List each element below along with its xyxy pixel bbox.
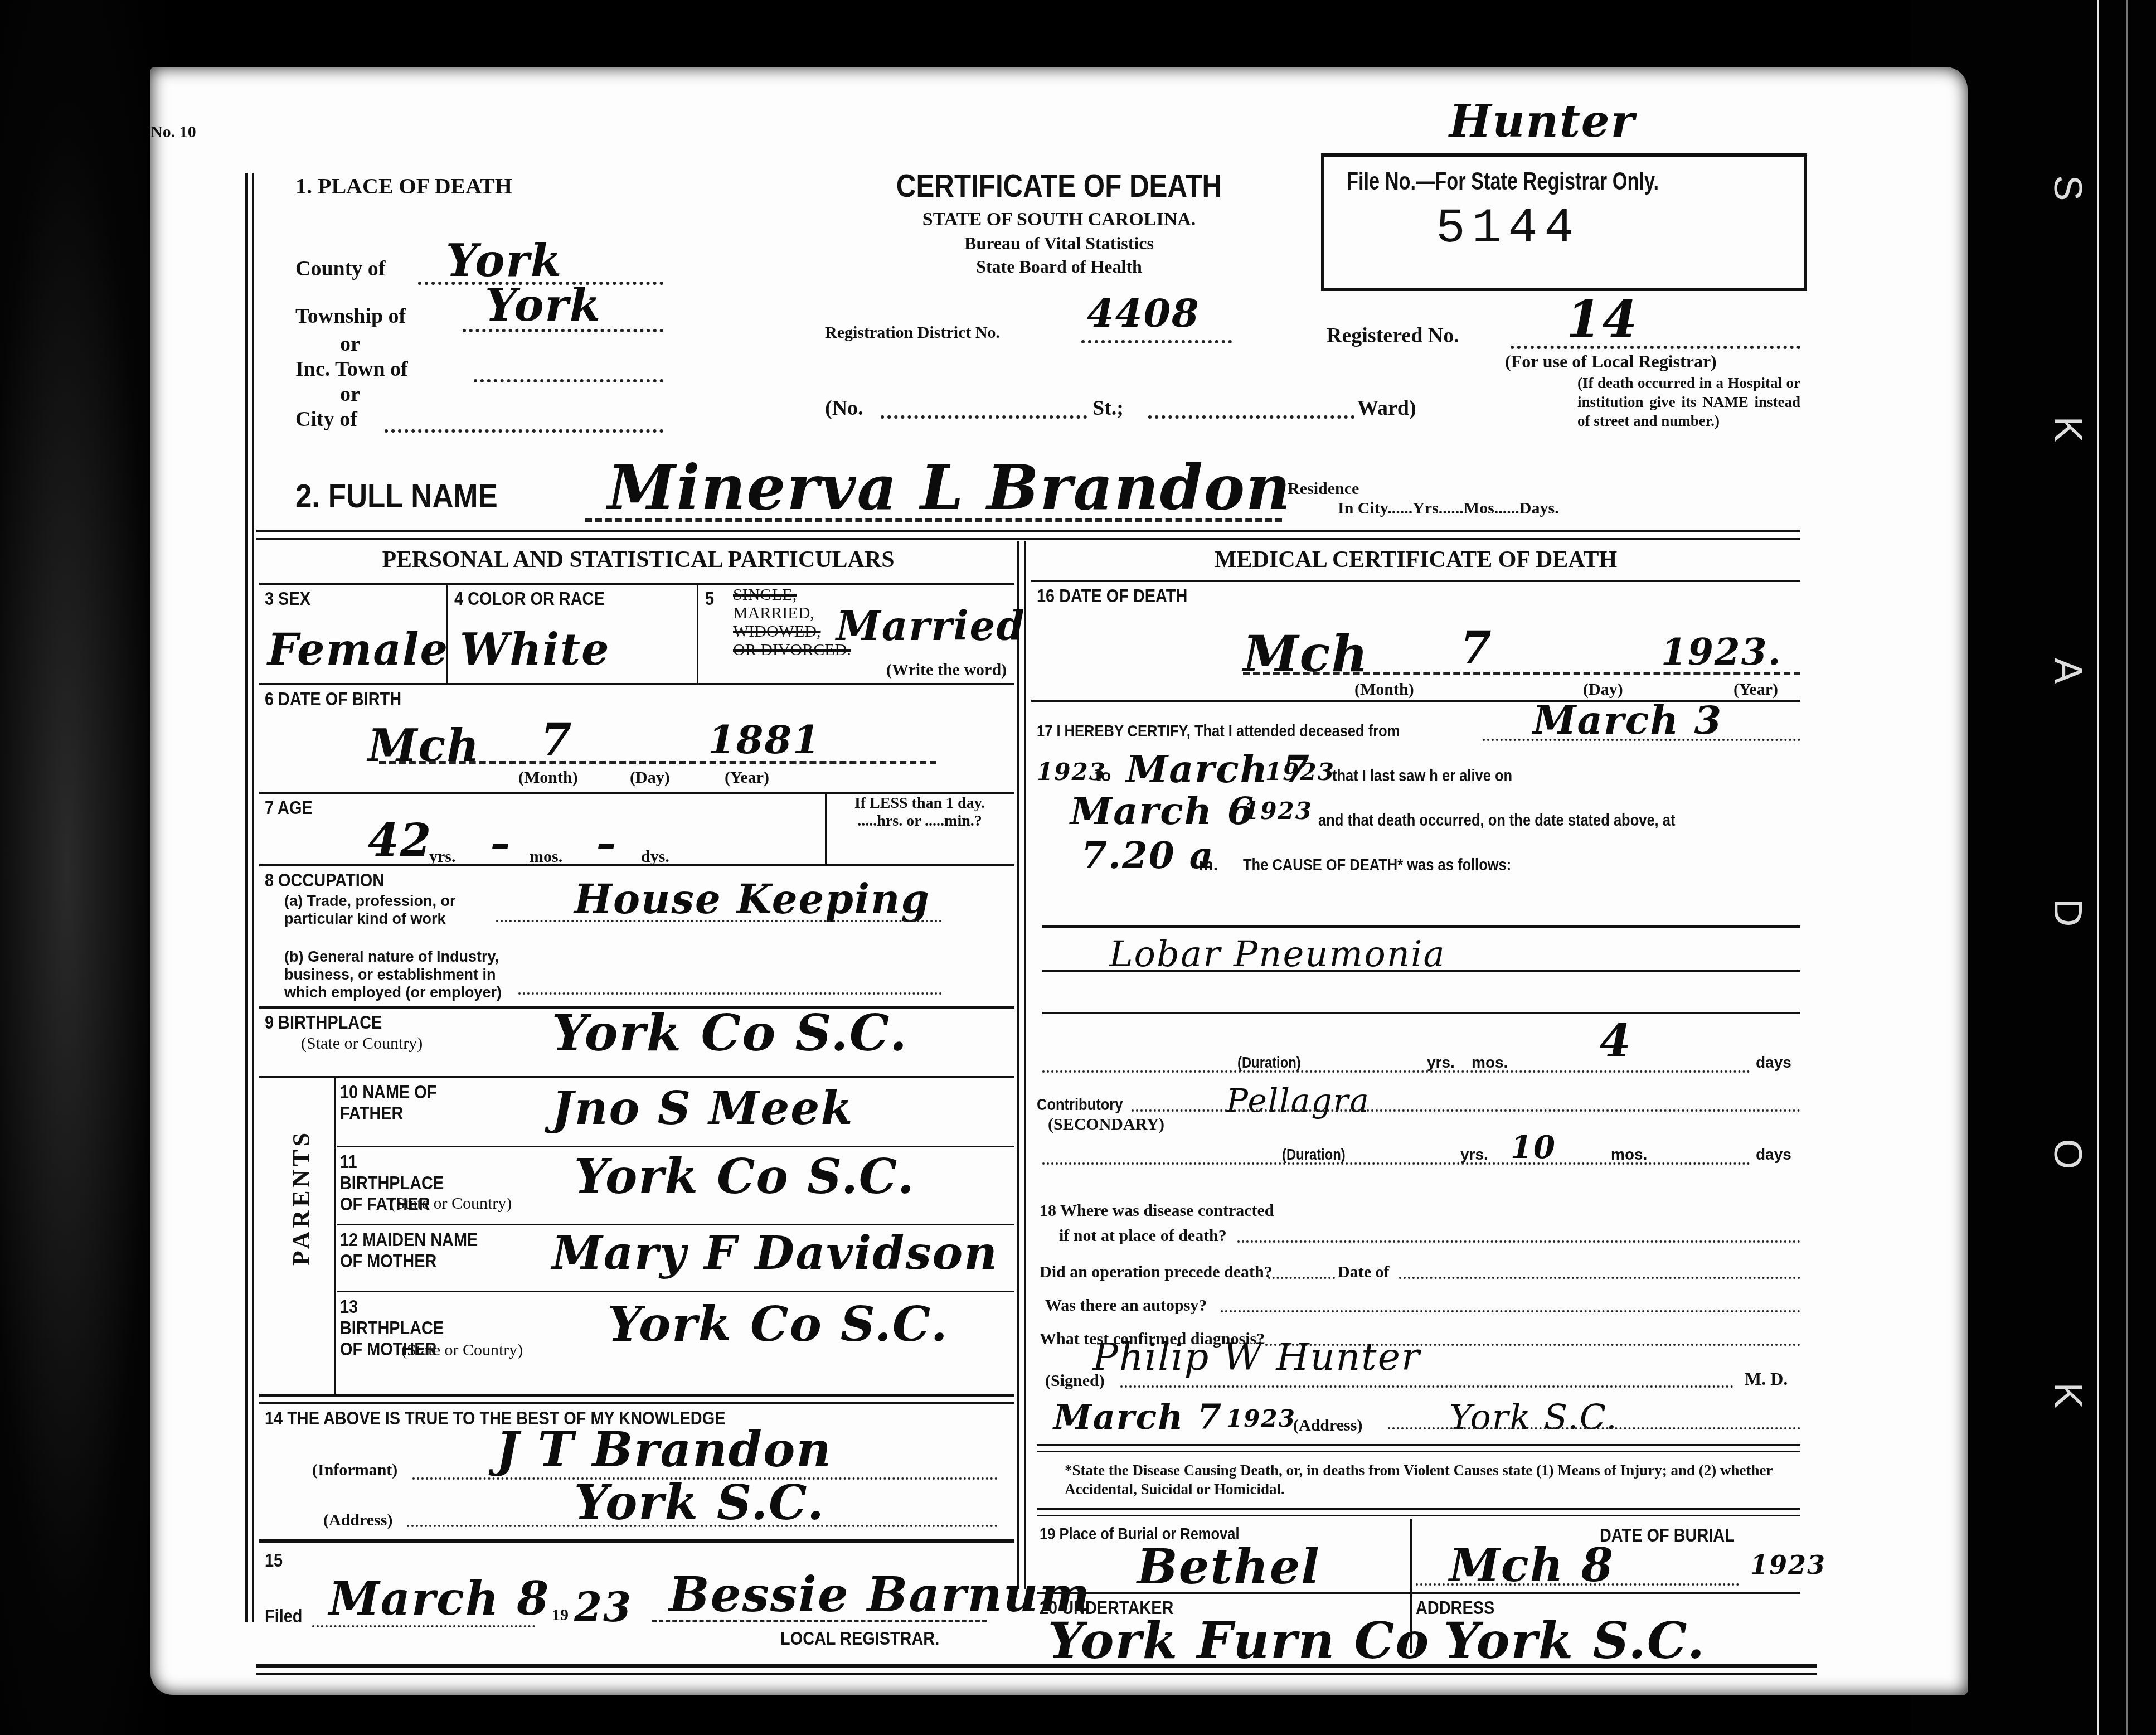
township-field[interactable]: York [485, 279, 601, 331]
informant-field[interactable]: J T Brandon [496, 1422, 832, 1478]
informant-address-label: (Address) [323, 1511, 392, 1530]
reg-district-label: Registration District No. [825, 323, 1000, 342]
full-name-field[interactable]: Minerva L Brandon [608, 452, 1291, 524]
board-name: State Board of Health [819, 256, 1299, 277]
dob-day-field[interactable]: 7 [541, 714, 573, 766]
dod-label: 16 DATE OF DEATH [1037, 585, 1187, 607]
occupation-b-label: (b) General nature of Industry, business… [284, 948, 518, 1001]
operation-date-field[interactable] [1399, 1277, 1800, 1279]
mos-caption: mos. [530, 847, 562, 866]
cause-line [1042, 1012, 1800, 1014]
local-registrar-label: LOCAL REGISTRAR. [780, 1628, 939, 1650]
divider [1037, 1592, 1800, 1594]
marital-option-divorced: OR DIVORCED. [733, 641, 851, 659]
day-caption: (Day) [1583, 680, 1623, 699]
race-label: 4 COLOR OR RACE [454, 588, 605, 610]
undertaker-address-field[interactable]: York S.C. [1444, 1611, 1706, 1670]
ward-field[interactable] [1148, 415, 1354, 419]
last-saw-year-field[interactable]: 1923 [1243, 797, 1313, 825]
secondary-duration-mos-field[interactable]: 10 [1511, 1129, 1556, 1166]
father-birthplace-field[interactable]: York Co S.C. [574, 1148, 915, 1205]
signed-line [1120, 1385, 1733, 1388]
operation-date-label: Date of [1338, 1263, 1389, 1282]
birthplace-label: 9 BIRTHPLACE [265, 1012, 382, 1034]
cell-divider [446, 585, 448, 683]
death-certificate-page: No. 10 Hunter 1. PLACE OF DEATH County o… [150, 67, 1968, 1695]
mos-caption: mos. [1611, 1146, 1647, 1164]
or-label: or [340, 382, 360, 406]
divider [259, 683, 1014, 685]
race-field[interactable]: White [460, 624, 610, 675]
file-box-label: File No.—For State Registrar Only. [1347, 168, 1659, 196]
time-of-death-field[interactable]: 7.20 a [1081, 833, 1215, 877]
cause-footnote: *State the Disease Causing Death, or, in… [1065, 1461, 1789, 1499]
st-label: St.; [1092, 396, 1124, 420]
marital-hint: (Write the word) [886, 661, 1007, 680]
filed-year-prefix: 19 [552, 1606, 569, 1625]
film-edge-line [2126, 0, 2128, 1735]
operation-label: Did an operation precede death? [1040, 1263, 1273, 1282]
registered-no-field[interactable]: 14 [1566, 290, 1638, 349]
signed-date-field[interactable]: March 7 [1053, 1397, 1222, 1437]
mother-birthplace-sub: (State or Country) [401, 1341, 523, 1360]
form-border-left-inner [252, 173, 254, 1622]
contributory-label: Contributory [1037, 1096, 1123, 1114]
last-saw-text: that I last saw h er alive on [1332, 767, 1512, 786]
occupation-a-field[interactable]: House Keeping [574, 875, 930, 923]
autopsy-label: Was there an autopsy? [1045, 1296, 1207, 1315]
sex-field[interactable]: Female [268, 624, 449, 675]
certificate-title: CERTIFICATE OF DEATH [856, 167, 1263, 205]
signed-year-field[interactable]: 1923 [1226, 1405, 1296, 1432]
filed-date-line [312, 1625, 535, 1627]
attended-from-field[interactable]: March 3 [1533, 697, 1722, 743]
film-edge-line [2097, 0, 2099, 1735]
occupation-a-label: (a) Trade, profession, or particular kin… [284, 892, 485, 928]
file-number-box: File No.—For State Registrar Only. 5144 [1321, 153, 1807, 291]
duration-label: (Duration) [1282, 1146, 1346, 1164]
to-label: to [1095, 767, 1111, 786]
birthplace-field[interactable]: York Co S.C. [552, 1004, 908, 1063]
md-label: M. D. [1745, 1369, 1788, 1389]
form-bottom-border [256, 1673, 1817, 1675]
filed-year-field[interactable]: 23 [574, 1583, 632, 1631]
dod-year-field[interactable]: 1923. [1661, 630, 1782, 673]
physician-signature[interactable]: Philip W Hunter [1092, 1335, 1420, 1379]
month-caption: (Month) [518, 768, 578, 787]
marital-num: 5 [705, 588, 714, 610]
city-label: City of [295, 407, 357, 432]
parents-label: PARENTS [287, 1130, 315, 1266]
divider [259, 1539, 1014, 1543]
registered-no-label: Registered No. [1327, 323, 1459, 348]
burial-year-field[interactable]: 1923 [1750, 1550, 1826, 1580]
primary-duration-days-field[interactable]: 4 [1600, 1015, 1632, 1067]
day-caption: (Day) [630, 768, 670, 787]
cause-line [1042, 970, 1800, 972]
father-name-field[interactable]: Jno S Meek [552, 1082, 853, 1135]
city-field[interactable] [385, 429, 663, 433]
personal-section-title: PERSONAL AND STATISTICAL PARTICULARS [262, 546, 1014, 573]
duration-line [1042, 1070, 1750, 1073]
cause-primary-field[interactable]: Lobar Pneumonia [1109, 934, 1446, 975]
q18-label: 18 Where was disease contracted [1040, 1201, 1274, 1220]
dob-year-field[interactable]: 1881 [708, 716, 821, 763]
reviewer-annotation: Hunter [1449, 95, 1635, 147]
sex-label: 3 SEX [265, 588, 310, 610]
divider [259, 792, 1014, 794]
film-edge-markings: S K A D O K [2046, 67, 2090, 1516]
medical-section-title: MEDICAL CERTIFICATE OF DEATH [1031, 546, 1800, 573]
cell-divider [825, 792, 827, 864]
column-divider [1017, 541, 1019, 1589]
divider [1037, 1451, 1800, 1452]
birthplace-sub: (State or Country) [301, 1034, 423, 1053]
age-days-field[interactable]: – [596, 820, 617, 866]
father-name-label: 10 NAME OF FATHER [340, 1082, 459, 1124]
burial-date-label: DATE OF BURIAL [1600, 1525, 1735, 1547]
burial-place-field[interactable]: Bethel [1137, 1539, 1320, 1595]
reg-district-line [1081, 340, 1232, 343]
divider [1037, 1444, 1800, 1446]
local-registrar-note: (For use of Local Registrar) [1505, 351, 1717, 372]
filed-num: 15 [265, 1550, 283, 1572]
film-border-left [0, 0, 167, 1735]
filed-date-field[interactable]: March 8 [329, 1572, 550, 1626]
mother-name-field[interactable]: Mary F Davidson [552, 1227, 998, 1280]
parents-divider [334, 1076, 336, 1394]
county-label: County of [295, 256, 386, 281]
filed-label: Filed [265, 1606, 302, 1627]
marital-option-widowed: WIDOWED, [733, 622, 851, 641]
place-of-death-heading: 1. PLACE OF DEATH [295, 173, 512, 199]
age-months-field[interactable]: – [491, 820, 511, 866]
residence-label: Residence [1288, 479, 1359, 498]
duration-line [1042, 1162, 1750, 1165]
cell-divider [697, 585, 698, 683]
age-label: 7 AGE [265, 797, 313, 819]
divider [259, 583, 1014, 585]
street-no-label: (No. [825, 396, 863, 420]
dob-line [379, 761, 936, 764]
form-number: No. 10 [150, 123, 196, 142]
divider [337, 1224, 1014, 1225]
undertaker-field[interactable]: York Furn Co [1048, 1611, 1430, 1670]
mother-birthplace-field[interactable]: York Co S.C. [608, 1296, 949, 1353]
dod-line [1243, 672, 1800, 675]
reg-district-field[interactable]: 4408 [1087, 290, 1200, 336]
inc-town-field[interactable] [474, 379, 663, 382]
or-label: or [340, 332, 360, 356]
hospital-note: (If death occurred in a Hospital or inst… [1577, 374, 1800, 430]
divider [1037, 1515, 1800, 1516]
marital-option-married: MARRIED, [733, 604, 851, 622]
yrs-caption: yrs. [429, 847, 456, 866]
street-no-field[interactable] [881, 415, 1087, 419]
dys-caption: dys. [641, 847, 669, 866]
divider [259, 864, 1014, 866]
mos-caption: mos. [1472, 1054, 1508, 1072]
days-caption: days [1756, 1054, 1791, 1072]
ward-label: Ward) [1357, 396, 1416, 420]
column-divider [1024, 541, 1026, 1589]
certify-text: 17 I HEREBY CERTIFY, That I attended dec… [1037, 722, 1400, 741]
bureau-name: Bureau of Vital Statistics [819, 233, 1299, 254]
inc-town-label: Inc. Town of [295, 357, 408, 381]
secondary-label: (SECONDARY) [1048, 1115, 1164, 1134]
q18-field[interactable] [1237, 1240, 1800, 1243]
marital-field[interactable]: Married [836, 602, 1026, 650]
physician-address-label: (Address) [1293, 1416, 1362, 1435]
informant-address-field[interactable]: York S.C. [574, 1475, 825, 1531]
informant-label: (Informant) [312, 1461, 397, 1480]
occupation-b-field[interactable] [518, 992, 942, 995]
cause-text: The CAUSE OF DEATH* was as follows: [1243, 856, 1511, 875]
year-caption: (Year) [1733, 680, 1778, 699]
yrs-caption: yrs. [1460, 1146, 1488, 1164]
physician-address-field[interactable]: York S.C. [1449, 1397, 1618, 1437]
occupation-a-line [496, 920, 942, 922]
last-saw-field[interactable]: March 6 [1070, 789, 1255, 833]
divider [337, 1146, 1014, 1147]
full-name-label: 2. FULL NAME [295, 477, 498, 515]
cause-line [1042, 925, 1800, 928]
days-caption: days [1756, 1146, 1791, 1164]
contributory-line [1132, 1109, 1800, 1112]
to-year-field[interactable]: 1923 [1265, 758, 1335, 786]
divider [259, 1076, 1014, 1078]
divider [259, 1402, 1014, 1404]
marital-options: SINGLE, MARRIED, WIDOWED, OR DIVORCED. [733, 585, 851, 659]
divider [259, 1394, 1014, 1397]
divider [256, 538, 1800, 540]
divider [337, 1291, 1014, 1292]
divider [256, 530, 1800, 532]
less-than-day-note: If LESS than 1 day. .....hrs. or .....mi… [836, 794, 1003, 830]
time-suffix: m. [1198, 856, 1218, 875]
state-name: STATE OF SOUTH CAROLINA. [819, 209, 1299, 230]
file-number: 5144 [1436, 201, 1580, 256]
yrs-caption: yrs. [1427, 1054, 1455, 1072]
form-bottom-border [256, 1664, 1817, 1668]
registered-no-line [1511, 346, 1800, 349]
residence-in-city: In City......Yrs......Mos......Days. [1338, 499, 1559, 518]
physician-address-line [1388, 1427, 1800, 1429]
father-birthplace-sub: (State or Country) [390, 1194, 512, 1213]
operation-field[interactable] [1268, 1277, 1335, 1279]
occupation-label: 8 OCCUPATION [265, 870, 384, 891]
contributory-field[interactable]: Pellagra [1226, 1082, 1370, 1119]
year-caption: (Year) [725, 768, 769, 787]
death-occurred-text: and that death occurred, on the date sta… [1318, 811, 1675, 830]
autopsy-field[interactable] [1221, 1310, 1800, 1312]
divider [1031, 580, 1800, 582]
mother-name-label: 12 MAIDEN NAME OF MOTHER [340, 1229, 482, 1272]
month-caption: (Month) [1354, 680, 1414, 699]
dob-label: 6 DATE OF BIRTH [265, 689, 401, 710]
form-border-left [245, 173, 248, 1622]
q18-label-line2: if not at place of death? [1059, 1227, 1227, 1245]
age-years-field[interactable]: 42 [368, 814, 432, 866]
registrar-signature[interactable]: Bessie Barnum [669, 1567, 1091, 1623]
township-label: Township of [295, 304, 406, 328]
marital-option-single: SINGLE, [733, 585, 851, 604]
burial-date-line [1416, 1583, 1739, 1586]
duration-label: (Duration) [1237, 1054, 1301, 1072]
divider [1037, 1508, 1800, 1510]
dod-day-field[interactable]: 7 [1460, 622, 1493, 674]
